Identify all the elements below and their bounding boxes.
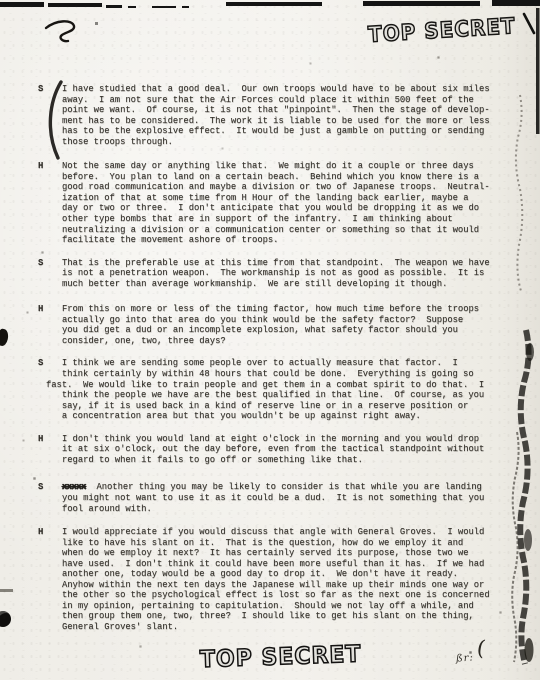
scan-edge-mark (226, 2, 322, 6)
entry-text: I think we are sending some people over … (46, 358, 508, 421)
speaker-initial: S (38, 84, 62, 95)
transcript-entry: S I think we are sending some people ove… (38, 358, 508, 421)
transcript-entry: H From this on more or less of the timin… (38, 304, 508, 346)
right-margin-handwriting (486, 0, 540, 680)
entry-text: I don't think you would land at eight o'… (62, 434, 508, 466)
entry-text: From this on more or less of the timing … (62, 304, 508, 346)
transcript-entry: H I don't think you would land at eight … (38, 434, 508, 466)
pencil-dash (0, 589, 13, 592)
punch-hole-mark (0, 611, 11, 627)
scan-edge-mark (182, 6, 189, 8)
scanned-document-page: TOP SECRET TOP SECRET S I have studied t… (0, 0, 540, 680)
transcript-entry: S xxxxx Another thing you may be likely … (38, 482, 508, 514)
ink-blob (0, 328, 10, 347)
speaker-initial: S (38, 482, 62, 493)
scan-edge-mark (152, 6, 176, 8)
speaker-initial: S (38, 258, 62, 269)
entry-text-after-strike: Another thing you may be likely to consi… (62, 482, 484, 513)
scan-edge-mark (363, 1, 480, 6)
speaker-initial: H (38, 161, 62, 172)
entry-text: xxxxx Another thing you may be likely to… (62, 482, 508, 514)
struck-out-text: xxxxx (62, 482, 86, 492)
transcript-entry: H I would appreciate if you would discus… (38, 527, 508, 632)
speaker-initial: H (38, 434, 62, 445)
transcript-entry: S I have studied that a good deal. Our o… (38, 84, 508, 147)
speaker-initial: H (38, 304, 62, 315)
handwritten-initials: ßr: (456, 652, 475, 664)
transcript: S I have studied that a good deal. Our o… (38, 84, 508, 633)
entry-text: I would appreciate if you would discuss … (62, 527, 508, 632)
entry-text: I have studied that a good deal. Our own… (62, 84, 508, 147)
scan-edge-mark (128, 6, 136, 8)
entry-text: That is the preferable use at this time … (62, 258, 508, 290)
entry-text: Not the same day or anything like that. … (62, 161, 508, 245)
speaker-initial: H (38, 527, 62, 538)
transcript-entry: S That is the preferable use at this tim… (38, 258, 508, 290)
top-secret-stamp-bottom: TOP SECRET (200, 642, 362, 674)
scan-speckles (0, 0, 1, 1)
transcript-entry: H Not the same day or anything like that… (38, 161, 508, 245)
